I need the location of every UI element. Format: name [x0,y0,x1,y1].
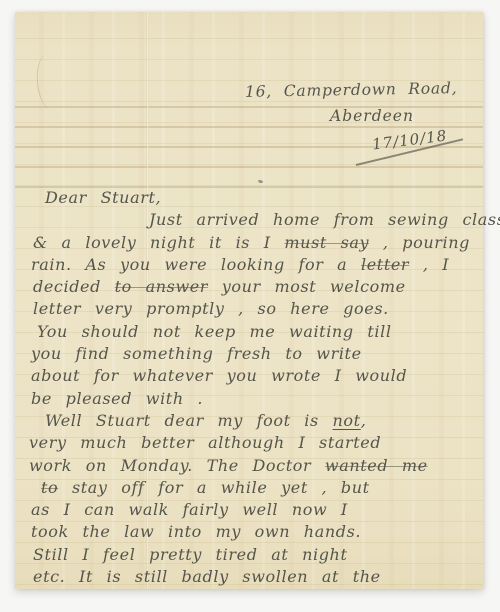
letter-text: about for whatever you wrote I would [31,366,407,385]
letter-text: stay off for a while yet , but [58,478,369,497]
letter-line: decided to answer your most welcome [33,276,481,298]
letter-text: Just arrived home from sewing class [149,210,500,229]
letter-line: took the law into my own hands. [31,521,481,543]
letter-line: about for whatever you wrote I would [31,365,481,387]
letter-text: & a lovely night it is I [33,233,284,252]
letter-line: Still I feel pretty tired at night [33,544,481,566]
letter-text: be pleased with . [31,389,203,408]
letter-line: letter very promptly , so here goes. [33,298,481,320]
letter-text: as I can walk fairly well now I [31,500,348,519]
letter-line: Well Stuart dear my foot is not, [45,410,481,432]
letter-text-crossed: must say [284,233,369,252]
letter-text-crossed: to [41,478,58,497]
letter-line: work on Monday. The Doctor wanted me [29,455,481,477]
letter-text: rain. As you were looking for a [31,255,361,274]
letter-line: you find something fresh to write [31,343,481,365]
letter-text: you find something fresh to write [31,344,362,363]
letter-line: & a lovely night it is I must say , pour… [33,232,481,254]
letter-line: etc. It is still badly swollen at the [33,566,481,588]
letter-line: Just arrived home from sewing class [149,209,481,231]
sender-address: 16, Camperdown Road, [245,79,458,101]
letter-text: , I [409,255,449,274]
letter-text: Dear Stuart, [45,188,161,207]
letter-line: be pleased with . [31,388,481,410]
letter-text: etc. It is still badly swollen at the [33,567,381,586]
letter-body: Dear Stuart, Just arrived home from sewi… [29,187,481,588]
letter-text: , pouring [369,233,470,252]
letter-text: You should not keep me waiting till [37,322,392,341]
salutation-line: Dear Stuart, [45,187,481,209]
letter-line: to stay off for a while yet , but [41,477,481,499]
sender-city: Aberdeen [330,107,414,125]
letter-photograph: 16, Camperdown Road, Aberdeen 17/10/18 D… [0,0,500,612]
letter-paper: 16, Camperdown Road, Aberdeen 17/10/18 D… [15,12,483,589]
letter-text: Still I feel pretty tired at night [33,545,348,564]
letter-text-underlined: not [333,411,361,430]
letter-text: work on Monday. The Doctor [29,456,325,475]
letter-text: letter very promptly , so here goes. [33,299,389,318]
letter-text-crossed: wanted me [325,456,428,475]
letter-text: took the law into my own hands. [31,522,361,541]
letter-text-crossed: letter [361,255,409,274]
letter-line: rain. As you were looking for a letter ,… [31,254,481,276]
letter-text: Well Stuart dear my foot is [45,411,333,430]
letter-line: as I can walk fairly well now I [31,499,481,521]
letter-text: , [361,411,367,430]
letter-line: You should not keep me waiting till [37,321,481,343]
letter-text-crossed: to answer [115,277,208,296]
letter-line: very much better although I started [29,432,481,454]
letter-text: decided [33,277,115,296]
letter-text: very much better although I started [29,433,381,452]
letter-text: your most welcome [208,277,406,296]
